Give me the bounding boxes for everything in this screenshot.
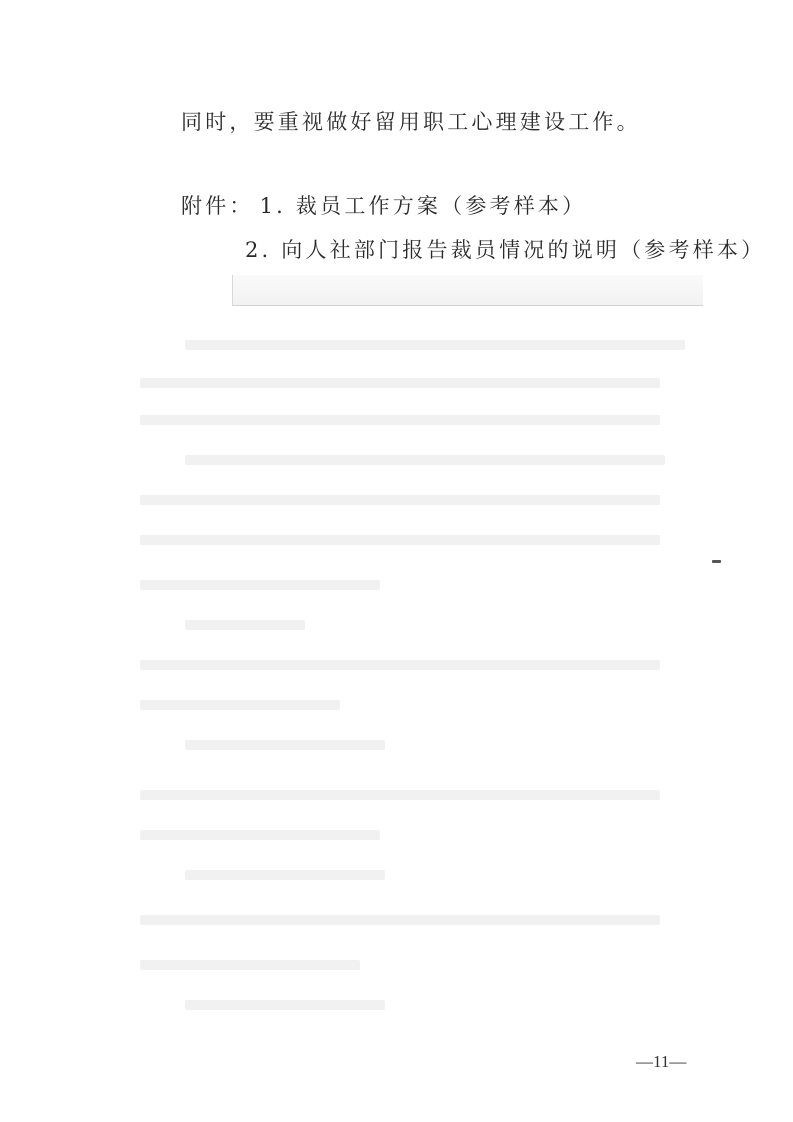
attachment-line-1: 附件：1. 裁员工作方案（参考样本） [181, 196, 586, 217]
attachment-item-2: 2. 向人社部门报告裁员情况的说明（参考样本） [245, 240, 765, 261]
page-number: —11— [636, 1052, 686, 1072]
document-page: 同时，要重视做好留用职工心理建设工作。 附件：1. 裁员工作方案（参考样本） 2… [0, 0, 793, 1122]
scan-mark [712, 560, 721, 563]
scan-bleed-strip [232, 275, 703, 306]
closing-paragraph: 同时，要重视做好留用职工心理建设工作。 [181, 112, 641, 133]
attachments-label: 附件： [181, 194, 254, 218]
attachment-item-1: 1. 裁员工作方案（参考样本） [260, 194, 587, 218]
